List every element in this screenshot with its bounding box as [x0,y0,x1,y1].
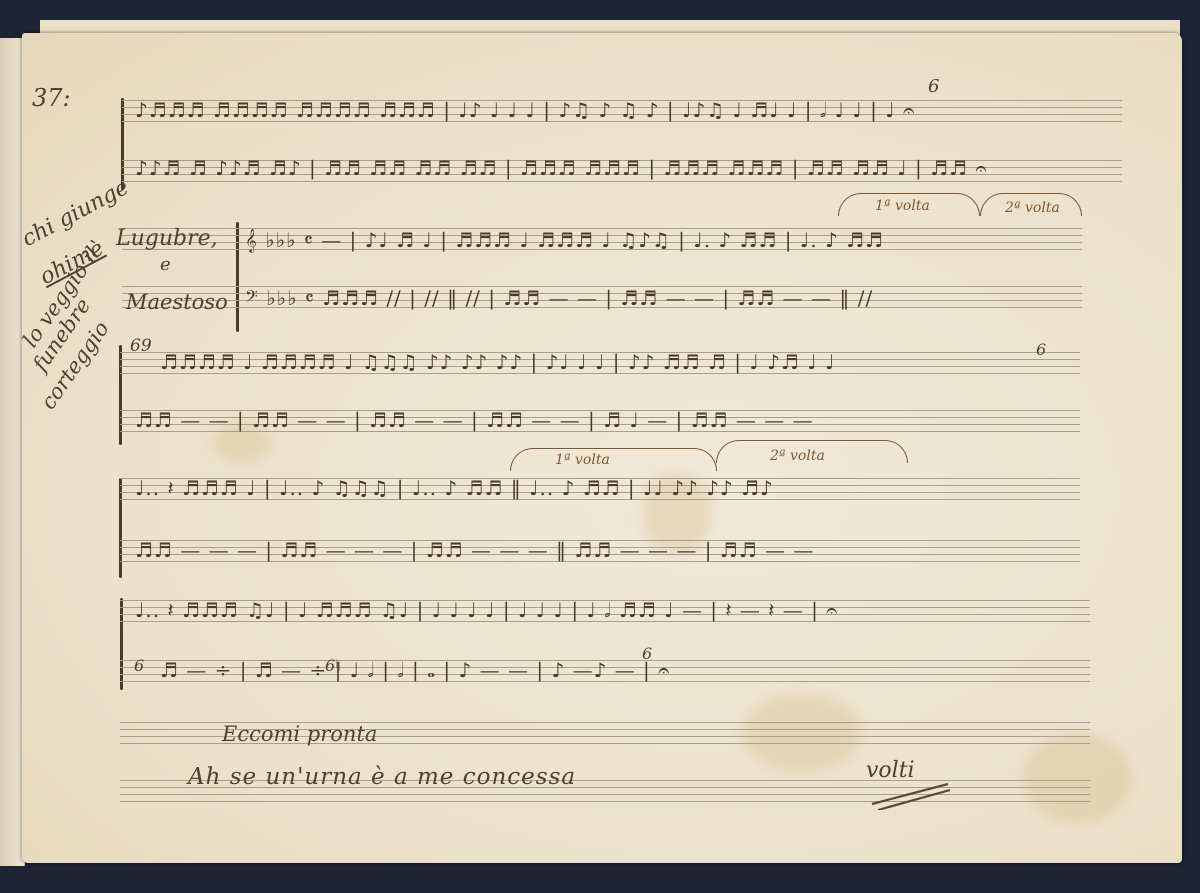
notes-upper-5: ♩.. 𝄽 ♬♬♬ ♫♩ | ♩ ♬♬♬ ♫♩ | ♩ ♩ ♩ ♩ | ♩ ♩ … [135,600,838,620]
figured-bass: 6 [1036,340,1046,359]
notes-lower-3: ♬♬ — — | ♬♬ — — | ♬♬ — — | ♬♬ — — | ♬ ♩ … [135,410,814,430]
lyric-ah-se-un-urna: Ah se un'urna è a me concessa [188,764,576,790]
notes-upper-1: ♪♬♬♬ ♬♬♬♬ ♬♬♬♬ ♬♬♬ | ♩♪ ♩ ♩ ♩ | ♪♫ ♪ ♫ ♪… [135,100,915,120]
page-number: 37: [32,84,71,112]
volta-bracket-3 [510,448,717,471]
volta-label-4: 2ª volta [770,448,825,464]
figured-bass: 69 [130,336,152,356]
lyric-eccomi-pronta: Eccomi pronta [222,722,377,746]
notes-lower-5: ♬ — ÷ | ♬ — ÷ | ♩ 𝅗𝅥 | 𝅗𝅥 | 𝅝 | ♪ — — | … [160,660,670,680]
tempo-lugubre: Lugubre, [116,226,218,251]
tempo-maestoso: Maestoso [126,290,228,314]
notes-lower-1: ♪♪♬ ♬ ♪♪♬ ♬♪ | ♬♬ ♬♬ ♬♬ ♬♬ | ♬♬♬ ♬♬♬ | ♬… [135,158,987,178]
page-turn-strokes [870,780,950,810]
figured-bass: 6♮ [325,656,341,675]
figured-bass: 6 [642,644,652,663]
tempo-e: e [160,254,171,275]
notes-upper-4: ♩.. 𝄽 ♬♬♬ ♩ | ♩.. ♪ ♫♫♫ | ♩.. ♪ ♬♬ ‖ ♩..… [135,478,774,498]
volta-label-1: 1ª volta [875,198,930,214]
notes-upper-3: ♬♬♬♬ ♩ ♬♬♬♬ ♩ ♫♫♫ ♪♪ ♪♪ ♪♪ | ♪♩ ♩ ♩ | ♪♪… [160,352,835,372]
notes-upper-2: 𝄞 ♭♭♭ 𝄴 — | ♪♩ ♬ ♩ | ♬♬♬ ♩ ♬♬♬ ♩ ♫♪♫ | ♩… [245,230,884,250]
notes-lower-4: ♬♬ — — — | ♬♬ — — — | ♬♬ — — — ‖ ♬♬ — — … [135,540,814,560]
figured-bass: 6 [134,656,144,675]
notes-lower-2: 𝄢 ♭♭♭ 𝄴 ♬♬♬ ∕∕ | ∕∕ ‖ ∕∕ | ♬♬ — — | ♬♬ —… [245,288,873,308]
figured-bass: 6 [928,76,939,97]
volta-label-3: 1ª volta [555,452,610,468]
volta-label-2: 2ª volta [1005,200,1060,216]
